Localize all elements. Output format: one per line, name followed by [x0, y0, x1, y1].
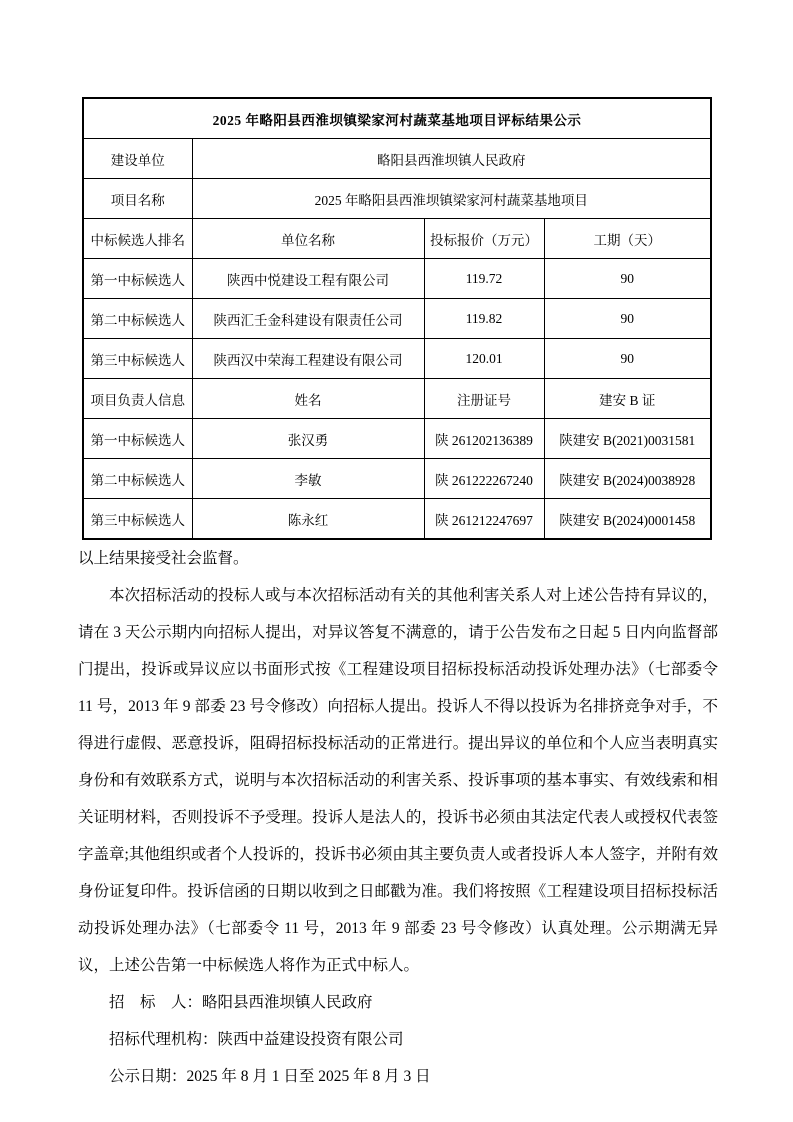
- cert-column-header: 建安 B 证: [544, 379, 711, 419]
- rank-column-header: 中标候选人排名: [83, 219, 192, 259]
- candidate-company: 陕西中悦建设工程有限公司: [192, 259, 424, 299]
- manager-registration: 陕 261222267240: [424, 459, 544, 499]
- manager-info-header: 项目负责人信息: [83, 379, 192, 419]
- manager-name: 张汉勇: [192, 419, 424, 459]
- tenderer-label: 招 标 人：: [109, 994, 202, 1011]
- construction-unit-value: 略阳县西淮坝镇人民政府: [192, 139, 711, 179]
- manager-registration: 陕 261202136389: [424, 419, 544, 459]
- candidate-rank: 第二中标候选人: [83, 299, 192, 339]
- tenderer-value: 略阳县西淮坝镇人民政府: [202, 994, 373, 1011]
- bid-result-table: 2025 年略阳县西淮坝镇梁家河村蔬菜基地项目评标结果公示 建设单位 略阳县西淮…: [82, 97, 712, 540]
- candidate-duration: 90: [544, 259, 711, 299]
- registration-column-header: 注册证号: [424, 379, 544, 419]
- candidates-header-row: 中标候选人排名 单位名称 投标报价（万元） 工期（天）: [83, 219, 711, 259]
- document-content: 2025 年略阳县西淮坝镇梁家河村蔬菜基地项目评标结果公示 建设单位 略阳县西淮…: [78, 97, 718, 1095]
- candidate-company: 陕西汇壬金科建设有限责任公司: [192, 299, 424, 339]
- tenderer-line: 招 标 人：略阳县西淮坝镇人民政府: [78, 984, 718, 1021]
- agency-line: 招标代理机构：陕西中益建设投资有限公司: [78, 1021, 718, 1058]
- manager-row: 第一中标候选人 张汉勇 陕 261202136389 陕建安 B(2021)00…: [83, 419, 711, 459]
- candidate-price: 120.01: [424, 339, 544, 379]
- manager-cert: 陕建安 B(2021)0031581: [544, 419, 711, 459]
- info-row: 建设单位 略阳县西淮坝镇人民政府: [83, 139, 711, 179]
- candidate-duration: 90: [544, 299, 711, 339]
- construction-unit-label: 建设单位: [83, 139, 192, 179]
- candidate-rank: 第三中标候选人: [83, 339, 192, 379]
- manager-rank: 第一中标候选人: [83, 419, 192, 459]
- company-column-header: 单位名称: [192, 219, 424, 259]
- manager-name: 陈永红: [192, 499, 424, 540]
- manager-name: 李敏: [192, 459, 424, 499]
- agency-value: 陕西中益建设投资有限公司: [218, 1031, 404, 1048]
- price-column-header: 投标报价（万元）: [424, 219, 544, 259]
- publicity-date-label: 公示日期：: [109, 1068, 187, 1085]
- supervision-note: 以上结果接受社会监督。: [78, 540, 718, 577]
- candidate-price: 119.72: [424, 259, 544, 299]
- announcement-title: 2025 年略阳县西淮坝镇梁家河村蔬菜基地项目评标结果公示: [83, 98, 711, 139]
- manager-rank: 第二中标候选人: [83, 459, 192, 499]
- document-page: 2025 年略阳县西淮坝镇梁家河村蔬菜基地项目评标结果公示 建设单位 略阳县西淮…: [0, 0, 793, 1122]
- agency-label: 招标代理机构：: [109, 1031, 218, 1048]
- candidate-row: 第一中标候选人 陕西中悦建设工程有限公司 119.72 90: [83, 259, 711, 299]
- manager-rank: 第三中标候选人: [83, 499, 192, 540]
- project-name-label: 项目名称: [83, 179, 192, 219]
- publicity-date-value: 2025 年 8 月 1 日至 2025 年 8 月 3 日: [187, 1068, 431, 1085]
- candidate-price: 119.82: [424, 299, 544, 339]
- manager-row: 第三中标候选人 陈永红 陕 261212247697 陕建安 B(2024)00…: [83, 499, 711, 540]
- manager-cert: 陕建安 B(2024)0001458: [544, 499, 711, 540]
- publicity-date-line: 公示日期：2025 年 8 月 1 日至 2025 年 8 月 3 日: [78, 1058, 718, 1095]
- manager-registration: 陕 261212247697: [424, 499, 544, 540]
- info-row: 项目名称 2025 年略阳县西淮坝镇梁家河村蔬菜基地项目: [83, 179, 711, 219]
- candidate-row: 第三中标候选人 陕西汉中荣海工程建设有限公司 120.01 90: [83, 339, 711, 379]
- manager-cert: 陕建安 B(2024)0038928: [544, 459, 711, 499]
- objection-paragraph: 本次招标活动的投标人或与本次招标活动有关的其他利害关系人对上述公告持有异议的，请…: [78, 577, 718, 984]
- candidate-company: 陕西汉中荣海工程建设有限公司: [192, 339, 424, 379]
- candidate-row: 第二中标候选人 陕西汇壬金科建设有限责任公司 119.82 90: [83, 299, 711, 339]
- manager-row: 第二中标候选人 李敏 陕 261222267240 陕建安 B(2024)003…: [83, 459, 711, 499]
- candidate-rank: 第一中标候选人: [83, 259, 192, 299]
- announcement-body: 以上结果接受社会监督。 本次招标活动的投标人或与本次招标活动有关的其他利害关系人…: [78, 540, 718, 984]
- title-row: 2025 年略阳县西淮坝镇梁家河村蔬菜基地项目评标结果公示: [83, 98, 711, 139]
- name-column-header: 姓名: [192, 379, 424, 419]
- managers-header-row: 项目负责人信息 姓名 注册证号 建安 B 证: [83, 379, 711, 419]
- project-name-value: 2025 年略阳县西淮坝镇梁家河村蔬菜基地项目: [192, 179, 711, 219]
- candidate-duration: 90: [544, 339, 711, 379]
- duration-column-header: 工期（天）: [544, 219, 711, 259]
